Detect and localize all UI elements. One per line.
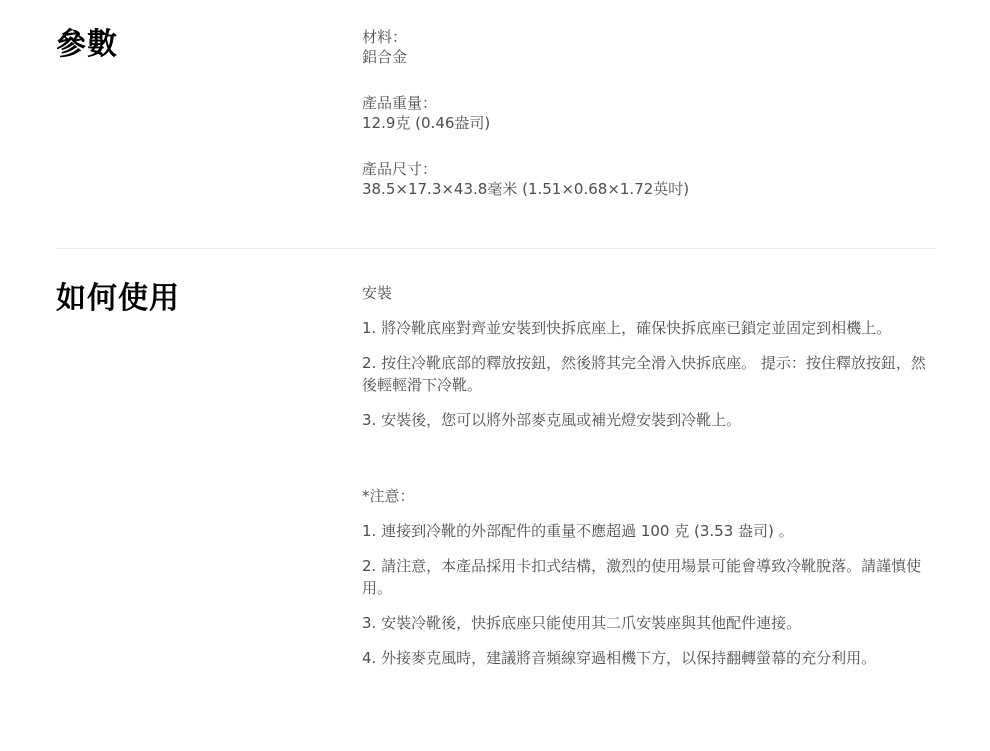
notes-subheading: *注意：: [362, 485, 934, 507]
spec-value: 38.5×17.3×43.8毫米 (1.51×0.68×1.72英吋): [362, 179, 934, 199]
specs-section: 參數 材料： 鋁合金 產品重量： 12.9克 (0.46盎司) 產品尺寸： 38…: [56, 0, 936, 225]
spec-item-dimensions: 產品尺寸： 38.5×17.3×43.8毫米 (1.51×0.68×1.72英吋…: [362, 159, 934, 199]
note-item: 2. 請注意，本產品採用卡扣式结構，激烈的使用場景可能會導致冷靴脫落。請謹慎使用…: [362, 555, 934, 599]
spec-value: 鋁合金: [362, 47, 934, 67]
howto-section-title: 如何使用: [56, 283, 362, 315]
product-detail-page: 參數 材料： 鋁合金 產品重量： 12.9克 (0.46盎司) 產品尺寸： 38…: [0, 0, 990, 751]
install-step: 2. 按住冷靴底部的釋放按鈕，然後將其完全滑入快拆底座。 提示：按住釋放按鈕，然…: [362, 352, 934, 396]
howto-heading-column: 如何使用: [56, 282, 362, 315]
spec-item-material: 材料： 鋁合金: [362, 27, 934, 67]
spec-label: 產品尺寸：: [362, 159, 934, 179]
specs-heading-column: 參數: [56, 27, 362, 61]
note-item: 1. 連接到冷靴的外部配件的重量不應超過 100 克 (3.53 盎司) 。: [362, 520, 934, 542]
install-step: 1. 將冷靴底座對齊並安裝到快拆底座上，確保快拆底座已鎖定並固定到相機上。: [362, 317, 934, 339]
specs-section-title: 參數: [56, 29, 362, 61]
install-step: 3. 安裝後，您可以將外部麥克風或補光燈安裝到冷靴上。: [362, 409, 934, 431]
note-item: 4. 外接麥克風時，建議將音頻線穿過相機下方，以保持翻轉螢幕的充分利用。: [362, 647, 934, 669]
note-item: 3. 安裝冷靴後，快拆底座只能使用其二爪安裝座與其他配件連接。: [362, 612, 934, 634]
specs-content-column: 材料： 鋁合金 產品重量： 12.9克 (0.46盎司) 產品尺寸： 38.5×…: [362, 27, 934, 225]
spec-label: 材料：: [362, 27, 934, 47]
spec-value: 12.9克 (0.46盎司): [362, 113, 934, 133]
spec-item-weight: 產品重量： 12.9克 (0.46盎司): [362, 93, 934, 133]
spec-label: 產品重量：: [362, 93, 934, 113]
howto-section: 如何使用 安裝 1. 將冷靴底座對齊並安裝到快拆底座上，確保快拆底座已鎖定並固定…: [56, 249, 936, 682]
install-subheading: 安裝: [362, 282, 934, 304]
howto-content-column: 安裝 1. 將冷靴底座對齊並安裝到快拆底座上，確保快拆底座已鎖定並固定到相機上。…: [362, 282, 934, 682]
